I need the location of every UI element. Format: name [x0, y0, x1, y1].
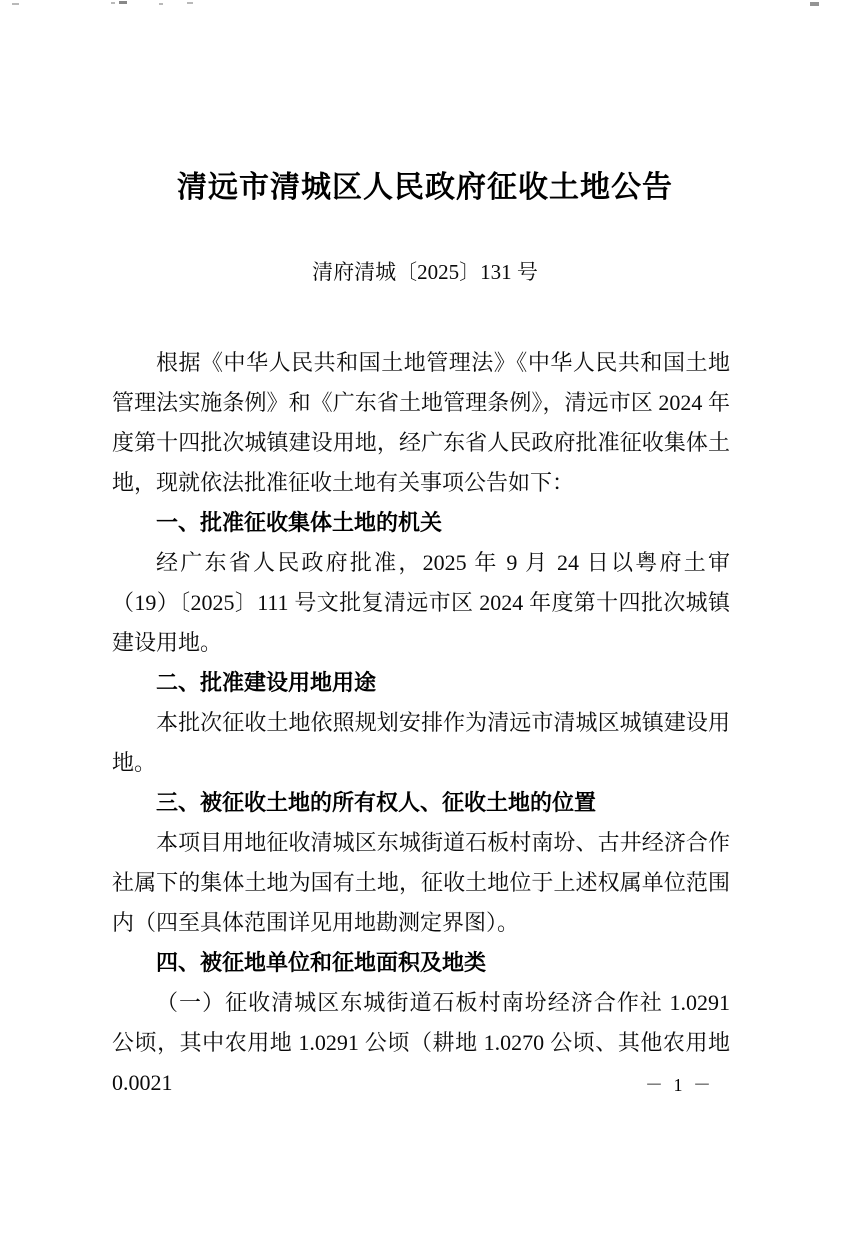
scan-artifact — [12, 3, 19, 5]
page-number: － 1 － — [645, 1071, 714, 1097]
document-title: 清远市清城区人民政府征收土地公告 — [0, 166, 850, 210]
section-heading-3: 三、被征收土地的所有权人、征收土地的位置 — [112, 783, 730, 823]
scan-artifact — [810, 2, 819, 6]
paragraph-intro: 根据《中华人民共和国土地管理法》《中华人民共和国土地管理法实施条例》和《广东省土… — [112, 343, 730, 503]
document-body: 根据《中华人民共和国土地管理法》《中华人民共和国土地管理法实施条例》和《广东省土… — [112, 343, 730, 1103]
scan-artifact — [119, 1, 127, 4]
scan-artifact — [187, 2, 193, 4]
paragraph-section-4: （一）征收清城区东城街道石板村南坋经济合作社 1.0291 公顷，其中农用地 1… — [112, 983, 730, 1103]
section-heading-4: 四、被征地单位和征地面积及地类 — [112, 943, 730, 983]
scan-artifact — [111, 2, 115, 4]
section-heading-1: 一、批准征收集体土地的机关 — [112, 503, 730, 543]
paragraph-section-3: 本项目用地征收清城区东城街道石板村南坋、古井经济合作社属下的集体土地为国有土地，… — [112, 823, 730, 943]
paragraph-section-2: 本批次征收土地依照规划安排作为清远市清城区城镇建设用地。 — [112, 703, 730, 783]
scan-artifact — [159, 3, 163, 5]
document-number: 清府清城〔2025〕131 号 — [0, 257, 850, 287]
paragraph-section-1: 经广东省人民政府批准，2025 年 9 月 24 日以粤府土审（19）〔2025… — [112, 543, 730, 663]
document-page: 清远市清城区人民政府征收土地公告 清府清城〔2025〕131 号 根据《中华人民… — [0, 0, 850, 1241]
section-heading-2: 二、批准建设用地用途 — [112, 663, 730, 703]
